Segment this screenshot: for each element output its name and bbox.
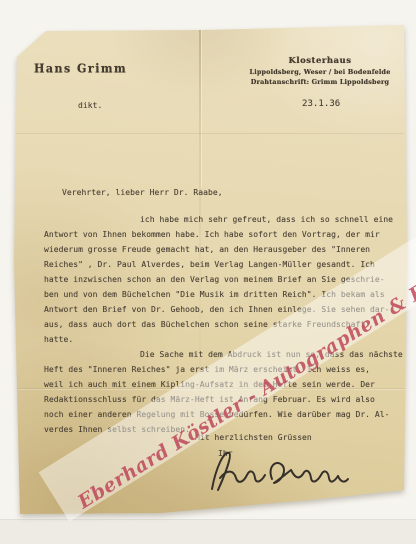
letter-salutation: Verehrter, lieber Herr Dr. Raabe, [62,188,223,197]
letterhead-address-line: Lippoldsberg, Weser / bei Bodenfelde [238,68,402,76]
letterhead-house-name: Klosterhaus [238,56,402,66]
letter-line: ich habe mich sehr gefreut, dass ich so … [44,212,396,227]
letter-line: Heft des "Inneren Reiches" ja erst im Mä… [44,362,396,377]
letterhead-address-block: Klosterhaus Lippoldsberg, Weser / bei Bo… [238,56,402,86]
letter-line: weil ich auch mit einem Kipling-Aufsatz … [44,377,396,392]
scanned-letter-page: Hans Grimm Klosterhaus Lippoldsberg, Wes… [0,0,416,544]
letter-line: Antwort den Brief von Dr. Gehoob, den ic… [44,302,396,317]
letter-line: noch einer anderen Regelung mit Bosse be… [44,407,396,422]
letter-date: 23.1.36 [302,99,340,109]
hans-grimm-signature [200,443,350,501]
letter-line: ben und von dem Büchelchen "Die Musik im… [44,287,396,302]
letter-body: ich habe mich sehr gefreut, dass ich so … [44,212,396,437]
letter-line: Die Sache mit dem Abdruck ist nun so, da… [44,347,396,362]
paper-sheet-wrapper: Hans Grimm Klosterhaus Lippoldsberg, Wes… [0,0,416,544]
letter-line: Redaktionsschluss für das März-Heft ist … [44,392,396,407]
letter-line: aus, dass auch dort das Büchelchen schon… [44,317,396,332]
letter-line: hatte. [44,332,396,347]
letter-line: Reiches" , Dr. Paul Alverdes, beim Verla… [44,257,396,272]
dictation-note: dikt. [78,101,102,110]
letter-line: wiederum grosse Freude gemacht hat, an d… [44,242,396,257]
letter-line: Antwort von Ihnen bekommen habe. Ich hab… [44,227,396,242]
letter-paper: Hans Grimm Klosterhaus Lippoldsberg, Wes… [0,0,416,544]
letterhead-sender-name: Hans Grimm [34,61,127,75]
horizontal-fold-crease-top [16,133,404,134]
letterhead-wire-address: Drahtanschrift: Grimm Lippoldsberg [238,78,402,86]
letter-line: hatte inzwischen schon an den Verlag von… [44,272,396,287]
letter-closing: Mit herzlichsten Grüssen [195,433,312,442]
